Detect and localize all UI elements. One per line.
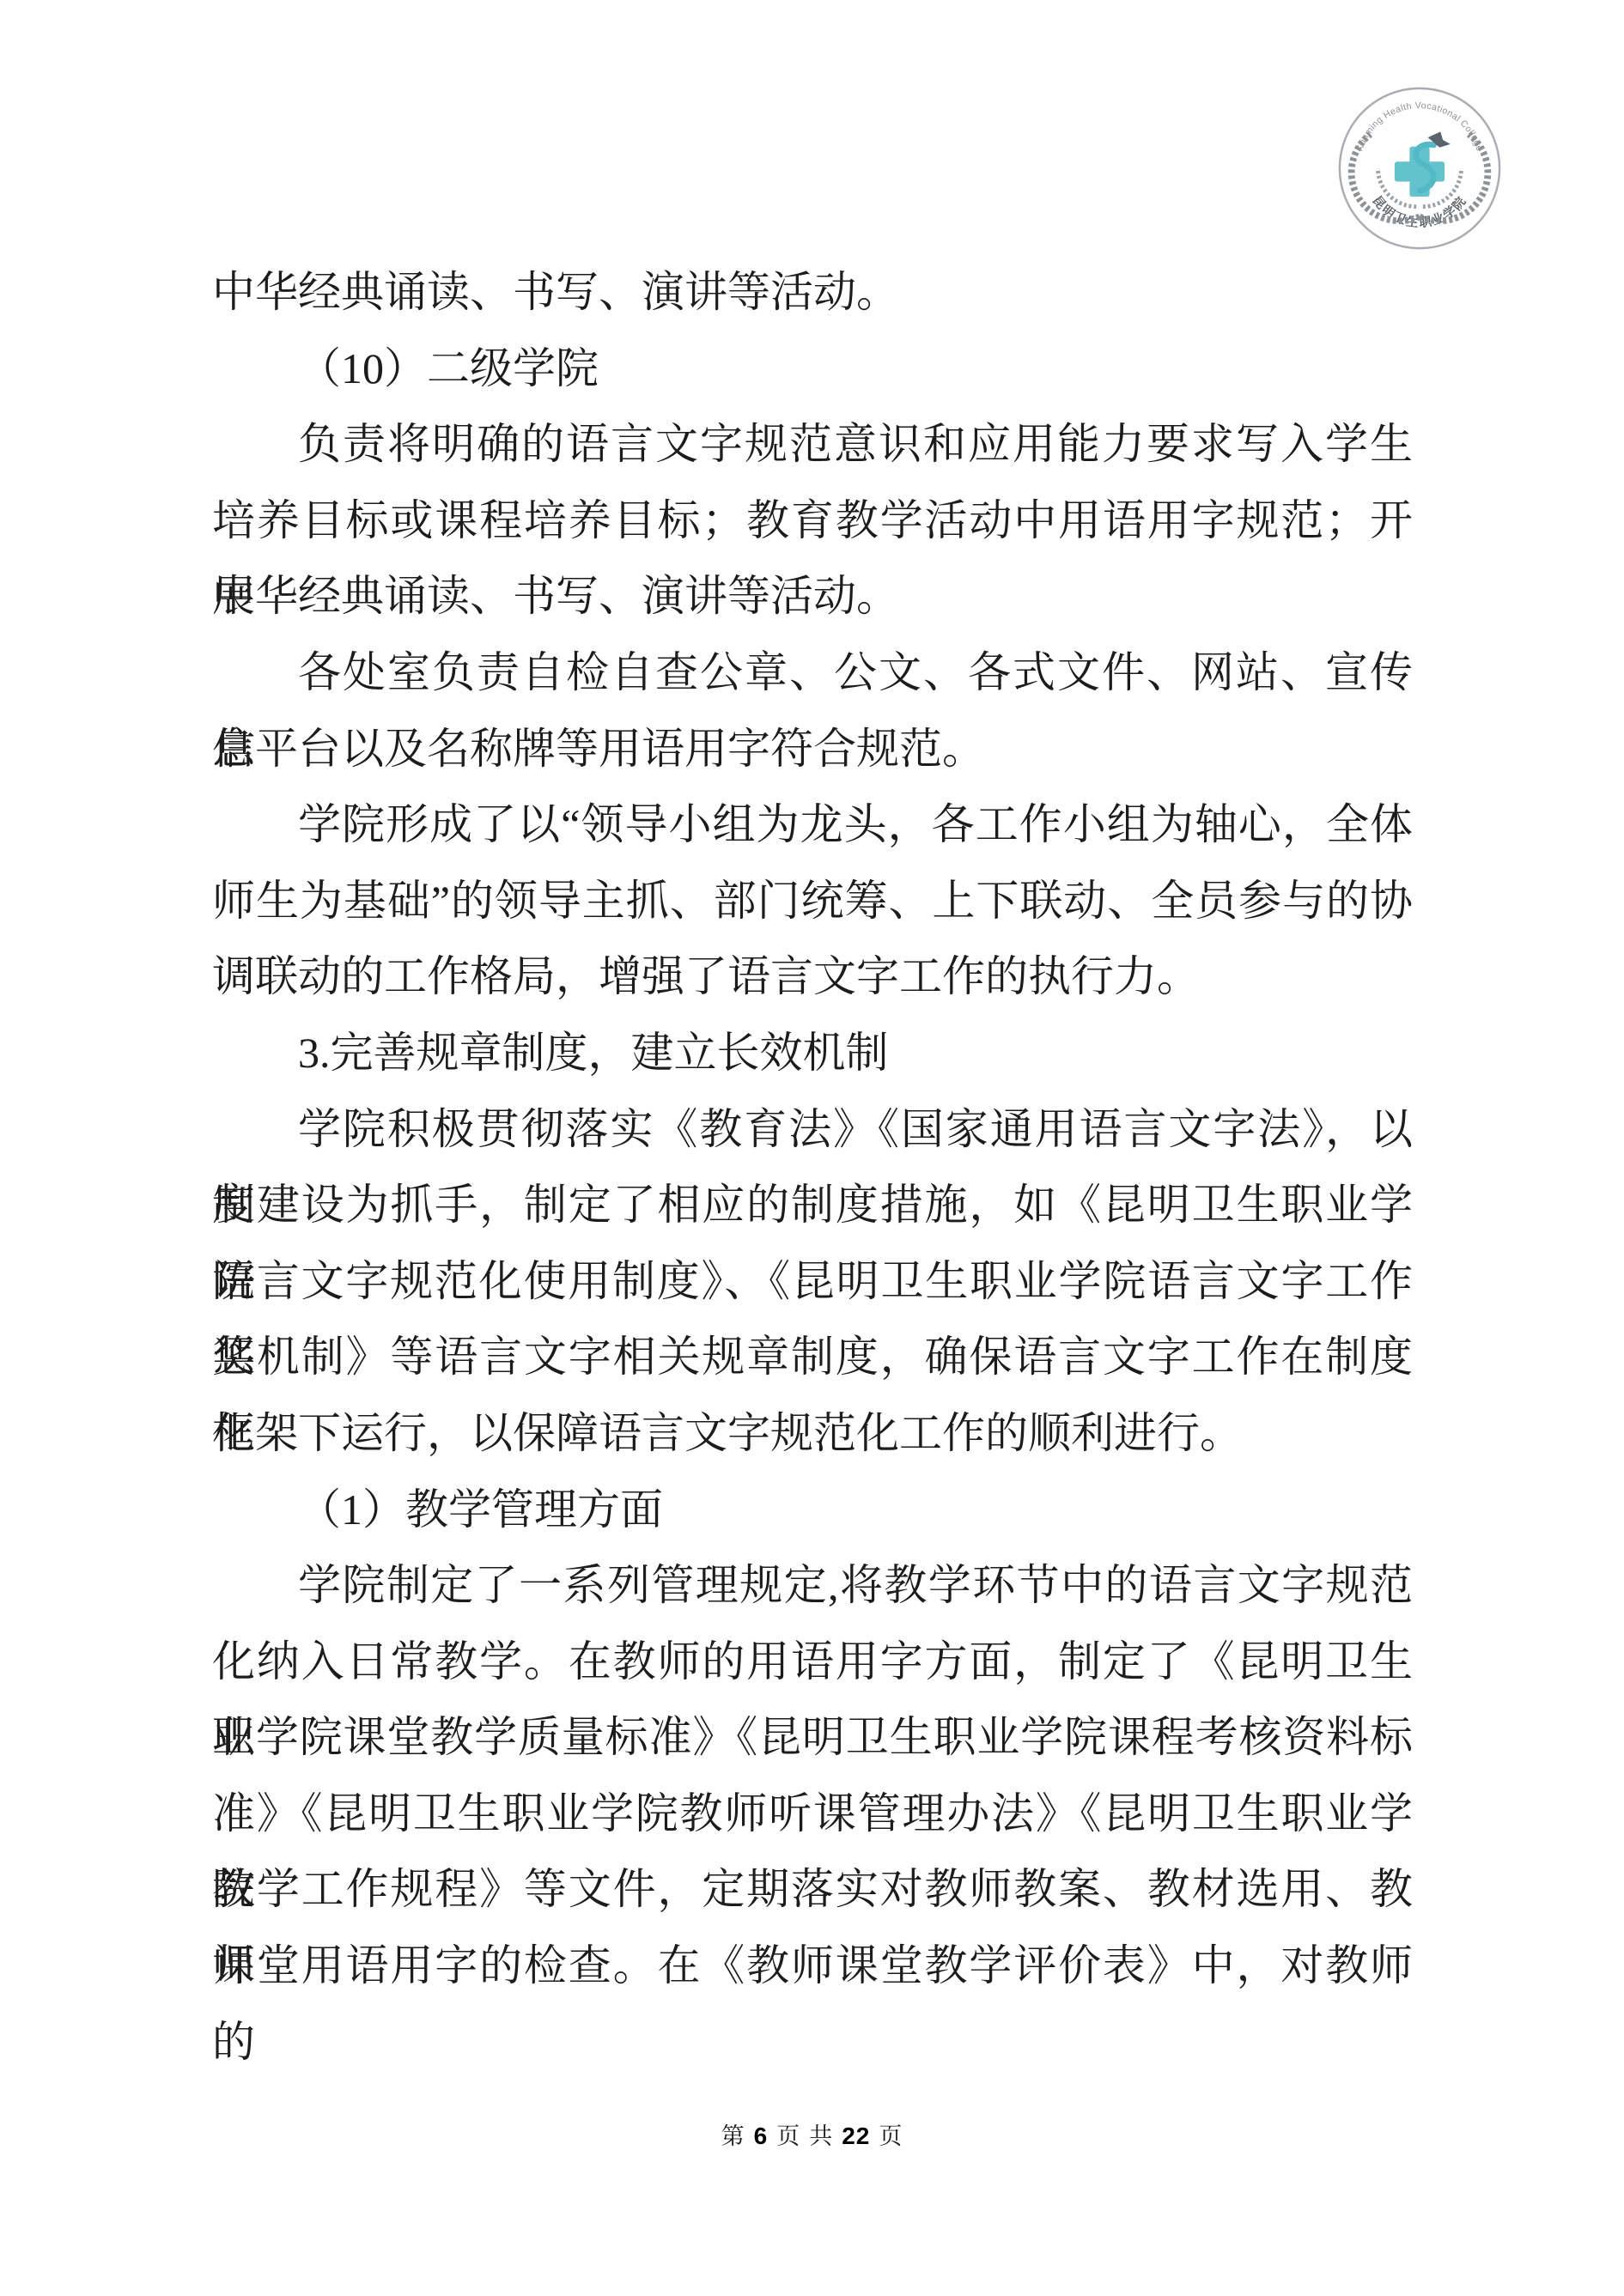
text-line: 学院形成了以“领导小组为龙头，各工作小组为轴心，全体: [212, 787, 1413, 863]
text-line: 3.完善规章制度，建立长效机制: [212, 1015, 1413, 1091]
footer-suffix: 页: [879, 2123, 903, 2149]
footer-prefix: 第: [721, 2123, 745, 2149]
text-line: 中华经典诵读、书写、演讲等活动。: [212, 558, 1413, 635]
text-line: 息平台以及名称牌等用语用字符合规范。: [212, 711, 1413, 787]
text-line: 负责将明确的语言文字规范意识和应用能力要求写入学生: [212, 406, 1413, 483]
text-line: 教学工作规程》等文件，定期落实对教师教案、教材选用、教师: [212, 1851, 1413, 1928]
text-line: 框架下运行，以保障语言文字规范化工作的顺利进行。: [212, 1395, 1413, 1472]
text-line: （1）教学管理方面: [212, 1472, 1413, 1548]
text-line: 课堂用语用字的检查。在《教师课堂教学评价表》中，对教师的: [212, 1928, 1413, 2004]
text-line: 学院制定了一系列管理规定,将教学环节中的语言文字规范: [212, 1547, 1413, 1624]
page-footer: 第6页共22页: [0, 2117, 1624, 2151]
document-body: 中华经典诵读、书写、演讲等活动。（10）二级学院负责将明确的语言文字规范意识和应…: [212, 254, 1413, 2004]
text-line: 化纳入日常教学。在教师的用语用字方面，制定了《昆明卫生职: [212, 1624, 1413, 1700]
text-line: （10）二级学院: [212, 331, 1413, 407]
text-line: 语言文字规范化使用制度》、《昆明卫生职业学院语言文字工作奖: [212, 1243, 1413, 1320]
footer-total-pages: 22: [842, 2123, 870, 2149]
document-page: Kunming Health Vocational College 昆明卫生职业…: [0, 0, 1624, 2296]
text-line: 各处室负责自检自查公章、公文、各式文件、网站、宣传信: [212, 635, 1413, 711]
text-line: 师生为基础”的领导主抓、部门统筹、上下联动、全员参与的协: [212, 863, 1413, 939]
text-line: 学院积极贯彻落实《教育法》《国家通用语言文字法》，以制: [212, 1091, 1413, 1168]
footer-middle-1: 页: [776, 2123, 800, 2149]
text-line: 准》《昆明卫生职业学院教师听课管理办法》《昆明卫生职业学院: [212, 1776, 1413, 1852]
footer-middle-2: 共: [809, 2123, 833, 2149]
text-line: 培养目标或课程培养目标；教育教学活动中用语用字规范；开展: [212, 483, 1413, 559]
footer-page-number: 6: [754, 2123, 769, 2149]
text-line: 业学院课堂教学质量标准》《昆明卫生职业学院课程考核资料标: [212, 1699, 1413, 1776]
text-line: 度建设为抓手，制定了相应的制度措施，如《昆明卫生职业学院: [212, 1167, 1413, 1243]
text-line: 调联动的工作格局，增强了语言文字工作的执行力。: [212, 938, 1413, 1015]
text-line: 惩机制》等语言文字相关规章制度，确保语言文字工作在制度化: [212, 1319, 1413, 1395]
text-line: 中华经典诵读、书写、演讲等活动。: [212, 254, 1413, 331]
college-seal-logo: Kunming Health Vocational College 昆明卫生职业…: [1336, 85, 1503, 252]
